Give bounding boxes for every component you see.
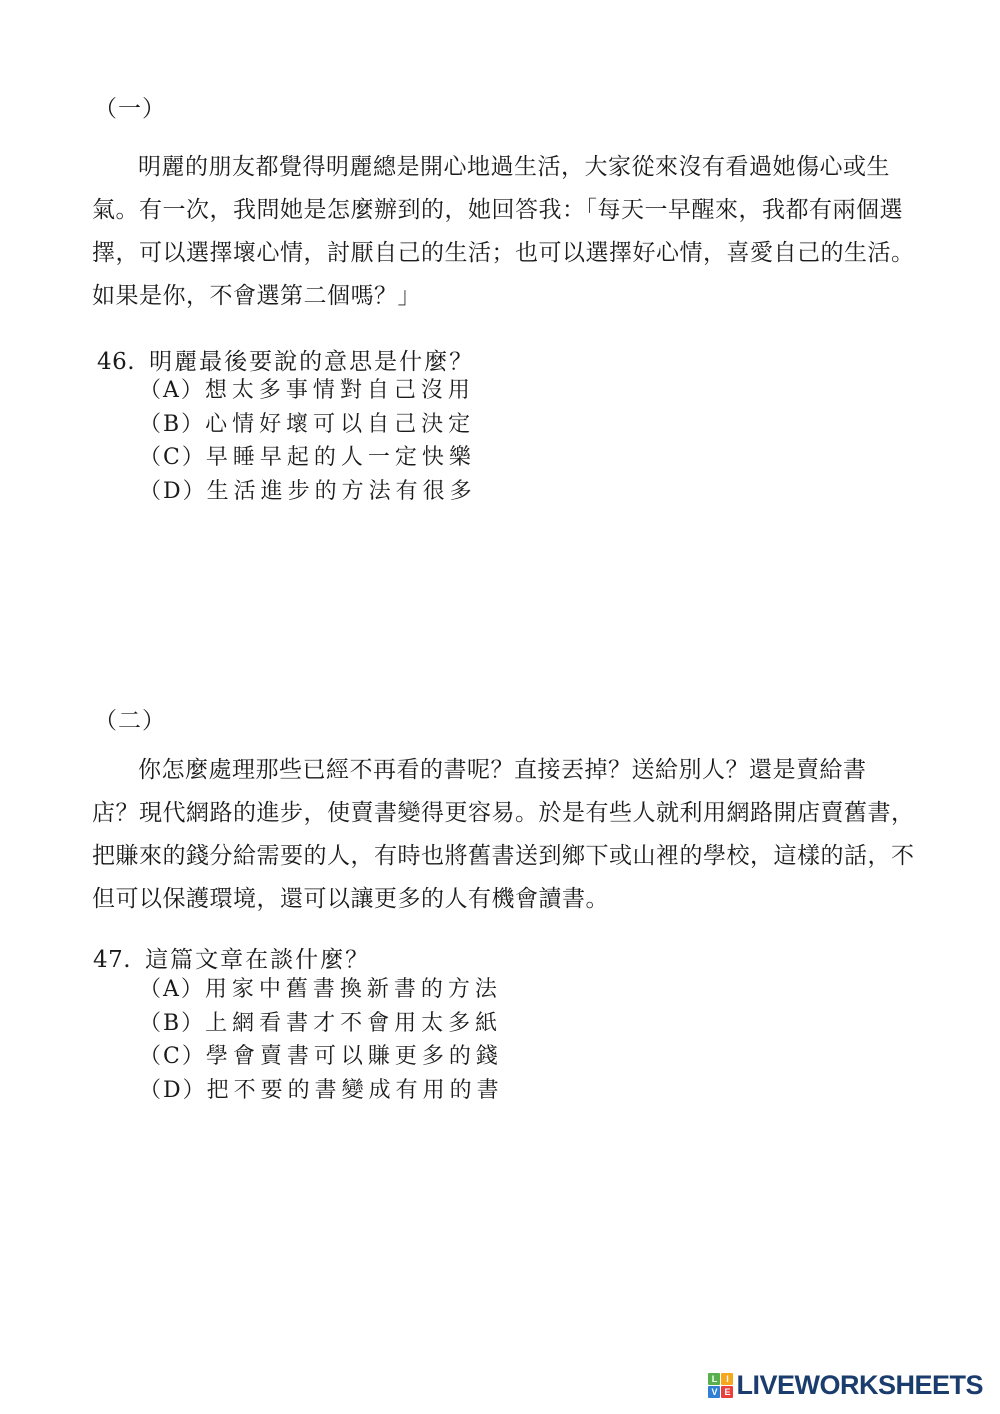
passage-line: 把賺來的錢分給需要的人，有時也將舊書送到鄉下或山裡的學校，這樣的話，不 (92, 835, 914, 878)
question-46-options: （A）想太多事情對自己沒用 （B）心情好壞可以自己決定 （C）早睡早起的人一定快… (139, 374, 477, 509)
question-46-option-c[interactable]: （C）早睡早起的人一定快樂 (139, 441, 477, 475)
question-47: 47.這篇文章在談什麼？ (93, 941, 370, 974)
passage-line: 店？現代網路的進步，使賣書變得更容易。於是有些人就利用網路開店賣舊書， (92, 792, 914, 835)
question-46-text: 明麗最後要說的意思是什麼？ (149, 343, 474, 376)
liveworksheets-logo-icon: L I V E (708, 1373, 733, 1398)
logo-letter-e: E (721, 1386, 733, 1398)
question-46-option-d[interactable]: （D）生活進步的方法有很多 (139, 475, 477, 509)
option-letter: （A） (139, 977, 205, 1002)
liveworksheets-brand-text: LIVEWORKSHEETS (736, 1372, 983, 1399)
question-46: 46.明麗最後要說的意思是什麼？ (97, 343, 474, 376)
option-letter: （C） (139, 1044, 206, 1069)
passage-line: 擇，可以選擇壞心情，討厭自己的生活；也可以選擇好心情，喜愛自己的生活。 (92, 232, 914, 275)
option-text: 學會賣書可以賺更多的錢 (206, 1044, 503, 1069)
passage-line: 你怎麼處理那些已經不再看的書呢？直接丟掉？送給別人？還是賣給書 (92, 749, 914, 792)
question-47-option-c[interactable]: （C）學會賣書可以賺更多的錢 (139, 1040, 504, 1074)
question-47-option-b[interactable]: （B）上網看書才不會用太多紙 (139, 1007, 504, 1041)
option-letter: （A） (139, 378, 205, 403)
option-letter: （D） (139, 1078, 207, 1103)
question-47-text: 這篇文章在談什麼？ (145, 941, 370, 974)
question-47-number: 47. (93, 947, 131, 973)
question-46-option-b[interactable]: （B）心情好壞可以自己決定 (139, 408, 477, 442)
option-letter: （B） (139, 412, 205, 437)
section-2-label: （二） (94, 702, 166, 735)
question-46-number: 46. (97, 349, 135, 375)
passage-line: 明麗的朋友都覺得明麗總是開心地過生活，大家從來沒有看過她傷心或生 (92, 146, 914, 189)
option-text: 生活進步的方法有很多 (207, 479, 477, 504)
passage-line: 但可以保護環境，還可以讓更多的人有機會讀書。 (92, 878, 914, 921)
logo-letter-v: V (708, 1386, 720, 1398)
logo-letter-i: I (721, 1373, 733, 1385)
option-text: 心情好壞可以自己決定 (205, 412, 475, 437)
option-text: 早睡早起的人一定快樂 (206, 445, 476, 470)
worksheet-page: （一） 明麗的朋友都覺得明麗總是開心地過生活，大家從來沒有看過她傷心或生 氣。有… (0, 0, 1000, 1414)
passage-line: 氣。有一次，我問她是怎麼辦到的，她回答我：「每天一早醒來，我都有兩個選 (92, 189, 914, 232)
question-47-option-a[interactable]: （A）用家中舊書換新書的方法 (139, 973, 504, 1007)
option-text: 想太多事情對自己沒用 (205, 378, 475, 403)
section-1-label: （一） (94, 90, 166, 123)
section-1-passage: 明麗的朋友都覺得明麗總是開心地過生活，大家從來沒有看過她傷心或生 氣。有一次，我… (92, 146, 914, 318)
option-letter: （C） (139, 445, 206, 470)
option-text: 用家中舊書換新書的方法 (205, 977, 502, 1002)
question-47-options: （A）用家中舊書換新書的方法 （B）上網看書才不會用太多紙 （C）學會賣書可以賺… (139, 973, 504, 1108)
option-letter: （D） (139, 479, 207, 504)
option-letter: （B） (139, 1011, 205, 1036)
section-2-passage: 你怎麼處理那些已經不再看的書呢？直接丟掉？送給別人？還是賣給書 店？現代網路的進… (92, 749, 914, 921)
passage-line: 如果是你，不會選第二個嗎？」 (92, 275, 914, 318)
option-text: 上網看書才不會用太多紙 (205, 1011, 502, 1036)
logo-letter-l: L (708, 1373, 720, 1385)
question-47-option-d[interactable]: （D）把不要的書變成有用的書 (139, 1074, 504, 1108)
question-46-option-a[interactable]: （A）想太多事情對自己沒用 (139, 374, 477, 408)
liveworksheets-logo[interactable]: L I V E LIVEWORKSHEETS (708, 1372, 983, 1399)
option-text: 把不要的書變成有用的書 (207, 1078, 504, 1103)
